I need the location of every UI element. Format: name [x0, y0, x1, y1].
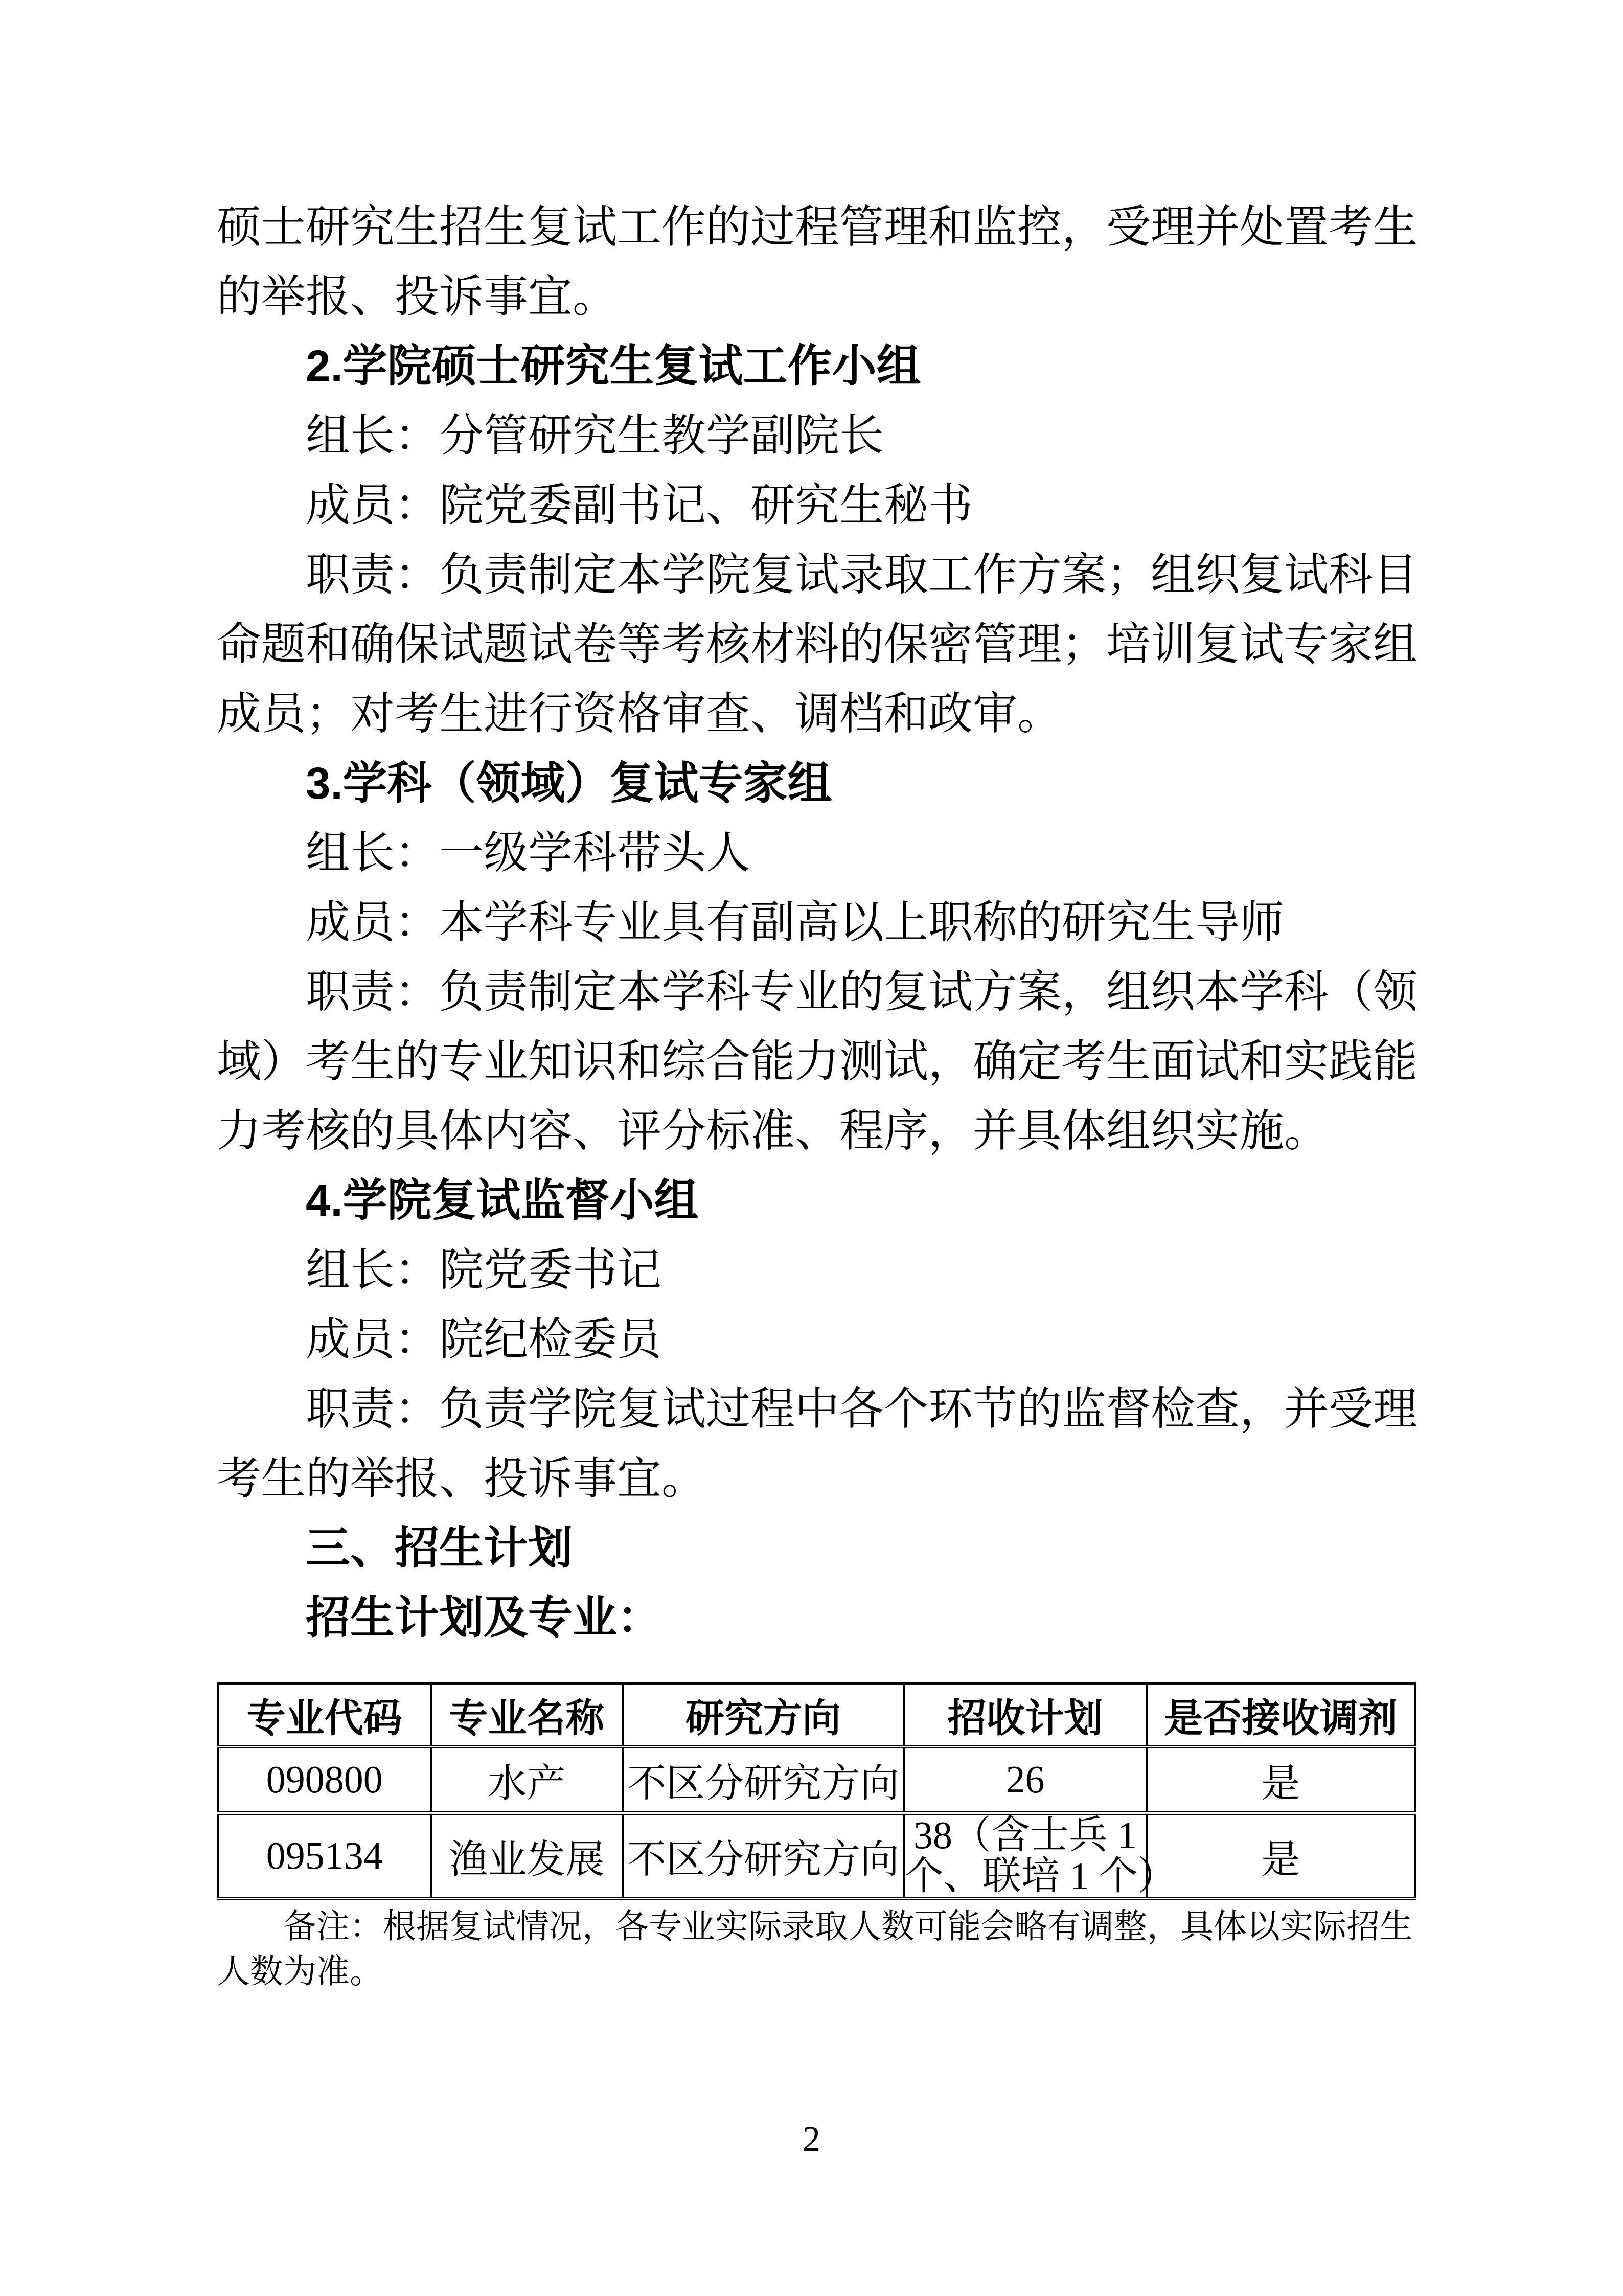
- body-text-line: 成员：本学科专业具有副高以上职称的研究生导师: [217, 888, 1414, 958]
- section-heading: 4.学院复试监督小组: [217, 1166, 1414, 1236]
- column-header-research-direction: 研究方向: [623, 1684, 904, 1747]
- body-text-line: 考生的举报、投诉事宜。: [217, 1444, 1414, 1514]
- table-cell-name: 水产: [431, 1747, 623, 1813]
- table-cell-transfer: 是: [1147, 1747, 1415, 1813]
- body-text-line: 组长：一级学科带头人: [217, 819, 1414, 888]
- table-cell-direction: 不区分研究方向: [623, 1747, 904, 1813]
- table-cell-transfer: 是: [1147, 1813, 1415, 1899]
- body-text-line: 成员；对考生进行资格审查、调档和政审。: [217, 679, 1414, 749]
- section-heading: 2.学院硕士研究生复试工作小组: [217, 332, 1414, 401]
- body-text-line: 组长：院党委书记: [217, 1236, 1414, 1305]
- table-cell-plan: 38（含士兵 1 个、联培 1 个）: [904, 1813, 1147, 1899]
- column-header-major-code: 专业代码: [218, 1684, 431, 1747]
- document-page: 硕士研究生招生复试工作的过程管理和监控，受理并处置考生 的举报、投诉事宜。 2.…: [0, 0, 1623, 2296]
- table-note: 备注：根据复试情况，各专业实际录取人数可能会略有调整，具体以实际招生 人数为准。: [217, 1904, 1414, 1994]
- table-cell-code: 090800: [218, 1747, 431, 1813]
- body-text-line: 域）考生的专业知识和综合能力测试，确定考生面试和实践能: [217, 1027, 1414, 1097]
- table-cell-plan-line: 38（含士兵 1: [905, 1815, 1146, 1856]
- body-text-line: 的举报、投诉事宜。: [217, 262, 1414, 332]
- table-cell-plan: 26: [904, 1747, 1147, 1813]
- table-cell-direction: 不区分研究方向: [623, 1813, 904, 1899]
- column-header-accept-transfer: 是否接收调剂: [1147, 1684, 1415, 1747]
- table-row: 090800 水产 不区分研究方向 26 是: [218, 1747, 1415, 1813]
- table-cell-name: 渔业发展: [431, 1813, 623, 1899]
- body-text-line: 硕士研究生招生复试工作的过程管理和监控，受理并处置考生: [217, 193, 1414, 262]
- body-text-line: 职责：负责制定本学院复试录取工作方案；组织复试科目: [217, 540, 1414, 610]
- body-text-line: 成员：院纪检委员: [217, 1305, 1414, 1375]
- note-text-line: 人数为准。: [217, 1949, 1414, 1994]
- column-header-major-name: 专业名称: [431, 1684, 623, 1747]
- column-header-admission-plan: 招收计划: [904, 1684, 1147, 1747]
- note-text-line: 备注：根据复试情况，各专业实际录取人数可能会略有调整，具体以实际招生: [217, 1904, 1414, 1949]
- body-text-line: 成员：院党委副书记、研究生秘书: [217, 471, 1414, 540]
- document-body: 硕士研究生招生复试工作的过程管理和监控，受理并处置考生 的举报、投诉事宜。 2.…: [217, 193, 1414, 1994]
- body-text-line: 职责：负责学院复试过程中各个环节的监督检查，并受理: [217, 1375, 1414, 1444]
- body-text-line: 命题和确保试题试卷等考核材料的保密管理；培训复试专家组: [217, 610, 1414, 679]
- table-cell-code: 095134: [218, 1813, 431, 1899]
- body-text-line: 力考核的具体内容、评分标准、程序，并具体组织实施。: [217, 1097, 1414, 1166]
- table-header-row: 专业代码 专业名称 研究方向 招收计划 是否接收调剂: [218, 1684, 1415, 1747]
- section-heading: 3.学科（领域）复试专家组: [217, 749, 1414, 819]
- table-cell-plan-line: 个、联培 1 个）: [905, 1856, 1146, 1897]
- section-heading: 三、招生计划: [217, 1514, 1414, 1583]
- body-text-line: 职责：负责制定本学科专业的复试方案，组织本学科（领: [217, 958, 1414, 1027]
- body-text-line: 组长：分管研究生教学副院长: [217, 401, 1414, 471]
- admission-plan-table: 专业代码 专业名称 研究方向 招收计划 是否接收调剂 090800 水产 不区分…: [217, 1682, 1416, 1900]
- table-row: 095134 渔业发展 不区分研究方向 38（含士兵 1 个、联培 1 个） 是: [218, 1813, 1415, 1899]
- page-number: 2: [0, 2117, 1623, 2162]
- section-heading: 招生计划及专业：: [217, 1583, 1414, 1653]
